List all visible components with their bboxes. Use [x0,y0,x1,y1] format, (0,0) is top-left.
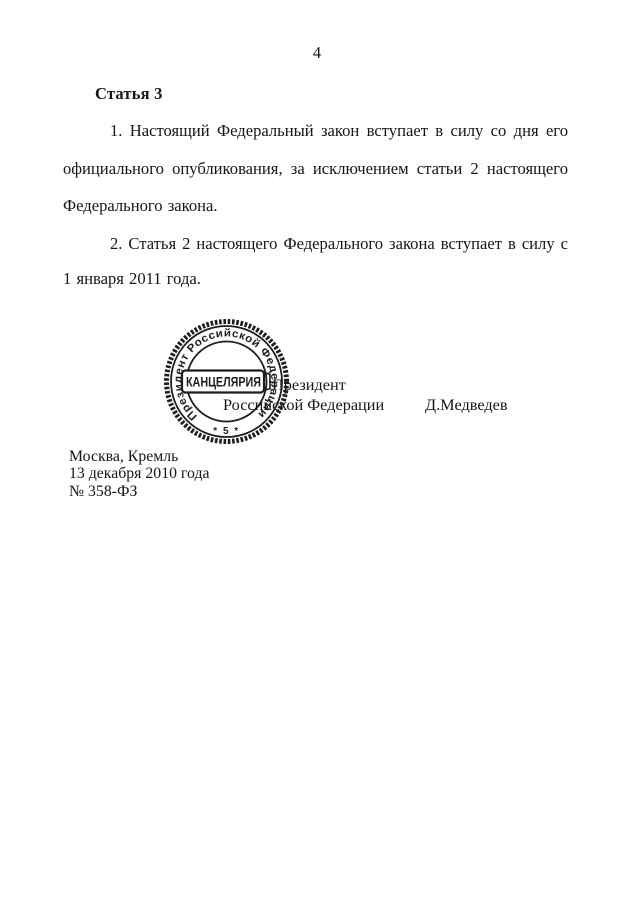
article-heading: Статья 3 [95,85,163,103]
stamp-center-label: КАНЦЕЛЯРИЯ [186,375,261,390]
footer-date: 13 декабря 2010 года [69,465,210,482]
paragraph-line: официального опубликования, за исключени… [63,159,568,178]
document-page: 4 Статья 3 1. Настоящий Федеральный зако… [0,0,640,905]
footer-block: Москва, Кремль 13 декабря 2010 года № 35… [69,448,210,500]
presidential-chancellery-stamp: Президент Российской Федерации * 5 * КАН… [158,317,295,446]
signatory-name: Д.Медведев [425,396,508,414]
paragraph-line: Федерального закона. [63,196,568,215]
stamp-number-text: * 5 * [213,426,239,437]
paragraph-line: 1 января 2011 года. [63,269,568,288]
footer-place: Москва, Кремль [69,448,210,465]
paragraph-line: 2. Статья 2 настоящего Федерального зако… [63,234,568,253]
paragraph-line: 1. Настоящий Федеральный закон вступает … [63,121,568,140]
page-number: 4 [0,44,634,62]
footer-number: № 358-ФЗ [69,483,210,500]
